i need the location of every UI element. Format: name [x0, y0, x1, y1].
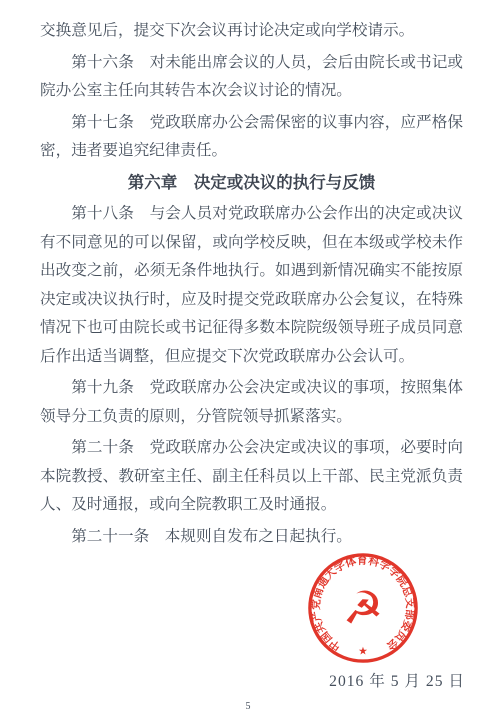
page-number: 5	[0, 701, 496, 712]
chapter-heading: 第六章 决定或决议的执行与反馈	[40, 169, 463, 198]
seal-ring-text-container: 中国共产党南通大学体育科学学院总支部委员会	[308, 553, 418, 655]
seal-star-icon: ★	[358, 645, 368, 658]
seal-ring-text: 中国共产党南通大学体育科学学院总支部委员会	[308, 553, 418, 655]
document-page: 交换意见后，提交下次会议再讨论决定或向学校请示。 第十六条 对未能出席会议的人员…	[0, 0, 502, 723]
document-body: 交换意见后，提交下次会议再讨论决定或向学校请示。 第十六条 对未能出席会议的人员…	[40, 17, 463, 554]
hammer-and-sickle-icon: ☭	[343, 582, 384, 635]
document-date: 2016 年 5 月 25 日	[0, 671, 465, 693]
paragraph-article-18: 第十八条 与会人员对党政联席办公会作出的决定或决议有不同意见的可以保留，或向学校…	[40, 200, 463, 371]
paragraph-article-19: 第十九条 党政联席办公会决定或决议的事项，按照集体领导分工负责的原则，分管院领导…	[40, 374, 463, 431]
paragraph-article-17: 第十七条 党政联席办公会需保密的议事内容，应严格保密，违者要追究纪律责任。	[40, 109, 463, 166]
paragraph-article-16: 第十六条 对未能出席会议的人员，会后由院长或书记或院办公室主任向其转告本次会议讨…	[40, 49, 463, 106]
paragraph-article-20: 第二十条 党政联席办公会决定或决议的事项，必要时向本院教授、教研室主任、副主任科…	[40, 434, 463, 520]
official-seal: 中国共产党南通大学体育科学学院总支部委员会 ☭ ★	[304, 549, 422, 667]
seal-outer-ring	[310, 555, 416, 661]
paragraph-continuation: 交换意见后，提交下次会议再讨论决定或向学校请示。	[40, 17, 463, 46]
paragraph-article-21: 第二十一条 本规则自发布之日起执行。	[40, 523, 463, 552]
